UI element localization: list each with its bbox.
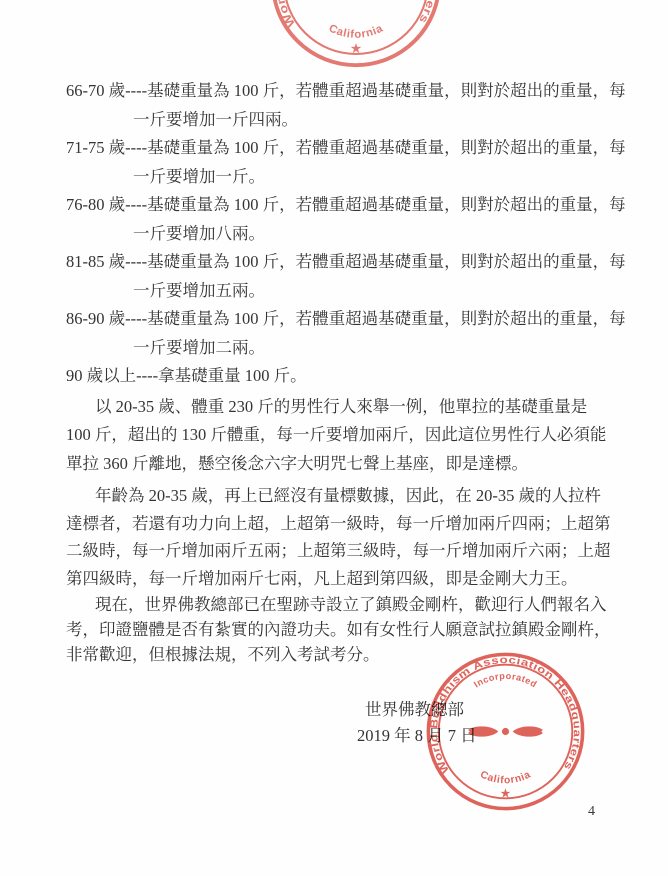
paragraph-line: 現在，世界佛教總部已在聖跡寺設立了鎮殿金剛杵，歡迎行人們報名入 bbox=[66, 592, 626, 617]
stamp-incorporated-text: Incorporated bbox=[472, 671, 539, 690]
vajra-icon bbox=[468, 726, 543, 736]
page-number: 4 bbox=[588, 804, 595, 820]
rule-line-continuation: 一斤要增加五兩。 bbox=[66, 277, 626, 306]
paragraph-line: 以 20-35 歲、體重 230 斤的男性行人來舉一例，他單拉的基礎重量是 bbox=[66, 393, 626, 422]
paragraph-line: 年齡為 20-35 歲，再上已經沒有量標數據，因此，在 20-35 歲的人拉杵 bbox=[66, 482, 626, 510]
stamp-outer-text: World Buddhism Association Headquarters bbox=[429, 655, 582, 775]
rule-line: 86-90 歲----基礎重量為 100 斤，若體重超過基礎重量，則對於超出的重… bbox=[66, 305, 626, 334]
paragraph-line: 二級時，每一斤增加兩斤五兩；上超第三級時，每一斤增加兩斤六兩；上超 bbox=[66, 537, 626, 565]
rule-line-continuation: 一斤要增加二兩。 bbox=[66, 334, 626, 363]
paragraph-line: 單拉 360 斤離地，懸空後念六字大明咒七聲上基座，即是達標。 bbox=[66, 450, 626, 479]
star-icon: ★ bbox=[350, 41, 362, 56]
stamp-california-text: California bbox=[478, 769, 533, 786]
age-weight-rules: 66-70 歲----基礎重量為 100 斤，若體重超過基礎重量，則對於超出的重… bbox=[66, 77, 626, 391]
rule-line-continuation: 一斤要增加一斤四兩。 bbox=[66, 106, 626, 135]
rule-line: 66-70 歲----基礎重量為 100 斤，若體重超過基礎重量，則對於超出的重… bbox=[66, 77, 626, 106]
paragraph-line: 第四級時，每一斤增加兩斤七兩，凡上超到第四級，即是金剛大力王。 bbox=[66, 565, 626, 593]
stamp-california-text: California bbox=[327, 22, 386, 41]
paragraph-line: 達標者，若還有功力向上超，上超第一級時，每一斤增加兩斤四兩；上超第 bbox=[66, 510, 626, 538]
paragraph-example: 以 20-35 歲、體重 230 斤的男性行人來舉一例，他單拉的基礎重量是 10… bbox=[66, 393, 626, 479]
rule-line-continuation: 一斤要增加八兩。 bbox=[66, 220, 626, 249]
star-icon: ★ bbox=[500, 786, 511, 801]
paragraph-line: 考，印證鹽體是否有紮實的內證功夫。如有女性行人願意試拉鎮殿金剛杵， bbox=[66, 617, 626, 642]
seal-stamp-bottom: World Buddhism Association Headquarters … bbox=[422, 648, 589, 815]
paragraph-levels: 年齡為 20-35 歲，再上已經沒有量標數據，因此，在 20-35 歲的人拉杵 … bbox=[66, 482, 626, 592]
rule-line: 81-85 歲----基礎重量為 100 斤，若體重超過基礎重量，則對於超出的重… bbox=[66, 248, 626, 277]
seal-stamp-top: World Buddhism Association Headquarters … bbox=[266, 0, 446, 72]
rule-line: 71-75 歲----基礎重量為 100 斤，若體重超過基礎重量，則對於超出的重… bbox=[66, 134, 626, 163]
paragraph-line: 100 斤，超出的 130 斤體重，每一斤要增加兩斤，因此這位男性行人必須能 bbox=[66, 421, 626, 450]
rule-line: 76-80 歲----基礎重量為 100 斤，若體重超過基礎重量，則對於超出的重… bbox=[66, 191, 626, 220]
document-page: 66-70 歲----基礎重量為 100 斤，若體重超過基礎重量，則對於超出的重… bbox=[0, 0, 668, 876]
rule-line-over90: 90 歲以上----拿基礎重量 100 斤。 bbox=[66, 362, 626, 391]
rule-line-continuation: 一斤要增加一斤。 bbox=[66, 163, 626, 192]
